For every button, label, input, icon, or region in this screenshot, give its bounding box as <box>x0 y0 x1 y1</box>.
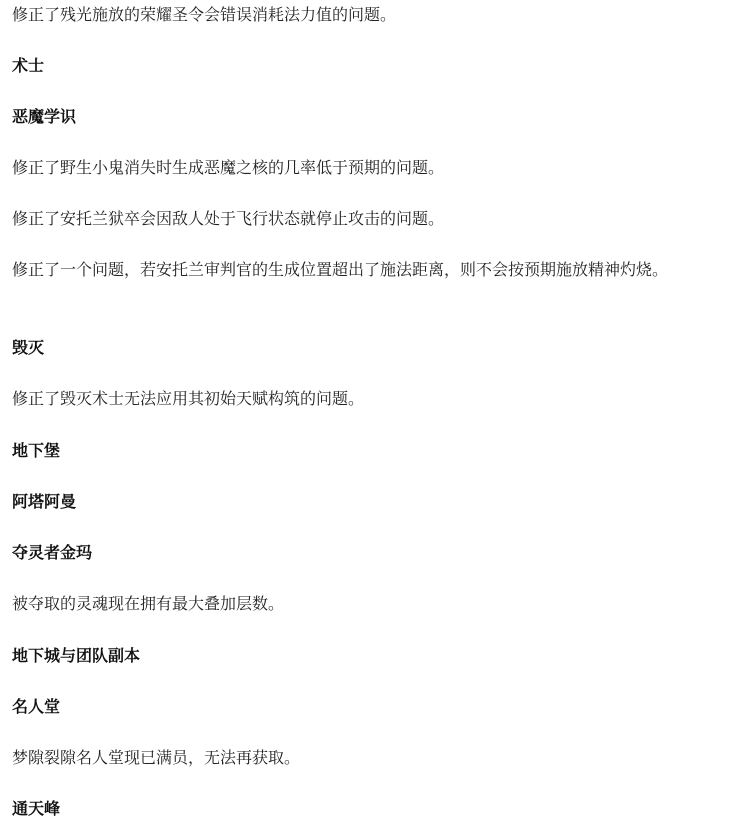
heading-atal-aman: 阿塔阿曼 <box>12 489 702 515</box>
heading-delves: 地下堡 <box>12 438 702 464</box>
paragraph-antoran-inquisitor-fix: 修正了一个问题，若安托兰审判官的生成位置超出了施法距离，则不会按预期施放精神灼烧… <box>12 257 702 283</box>
paragraph-wild-imp-fix: 修正了野生小鬼消失时生成恶魔之核的几率低于预期的问题。 <box>12 155 702 181</box>
heading-tongtian-peak: 通天峰 <box>12 796 702 822</box>
heading-soulreaver-jinma: 夺灵者金玛 <box>12 540 702 566</box>
heading-dungeons-raids: 地下城与团队副本 <box>12 643 702 669</box>
paragraph-destruction-talent-fix: 修正了毁灭术士无法应用其初始天赋构筑的问题。 <box>12 386 702 412</box>
paragraph-antoran-jailer-fix: 修正了安托兰狱卒会因敌人处于飞行状态就停止攻击的问题。 <box>12 206 702 232</box>
heading-destruction: 毁灭 <box>12 335 702 361</box>
patch-notes-document: 修正了残光施放的荣耀圣令会错误消耗法力值的问题。 术士 恶魔学识 修正了野生小鬼… <box>0 0 729 838</box>
paragraph-dream-rift-hall-of-fame: 梦隙裂隙名人堂现已满员，无法再获取。 <box>12 745 702 771</box>
heading-warlock: 术士 <box>12 53 702 79</box>
heading-demonology: 恶魔学识 <box>12 104 702 130</box>
heading-hall-of-fame: 名人堂 <box>12 694 702 720</box>
paragraph-stolen-souls-change: 被夺取的灵魂现在拥有最大叠加层数。 <box>12 591 702 617</box>
paragraph-glory-decree-fix: 修正了残光施放的荣耀圣令会错误消耗法力值的问题。 <box>12 2 702 28</box>
